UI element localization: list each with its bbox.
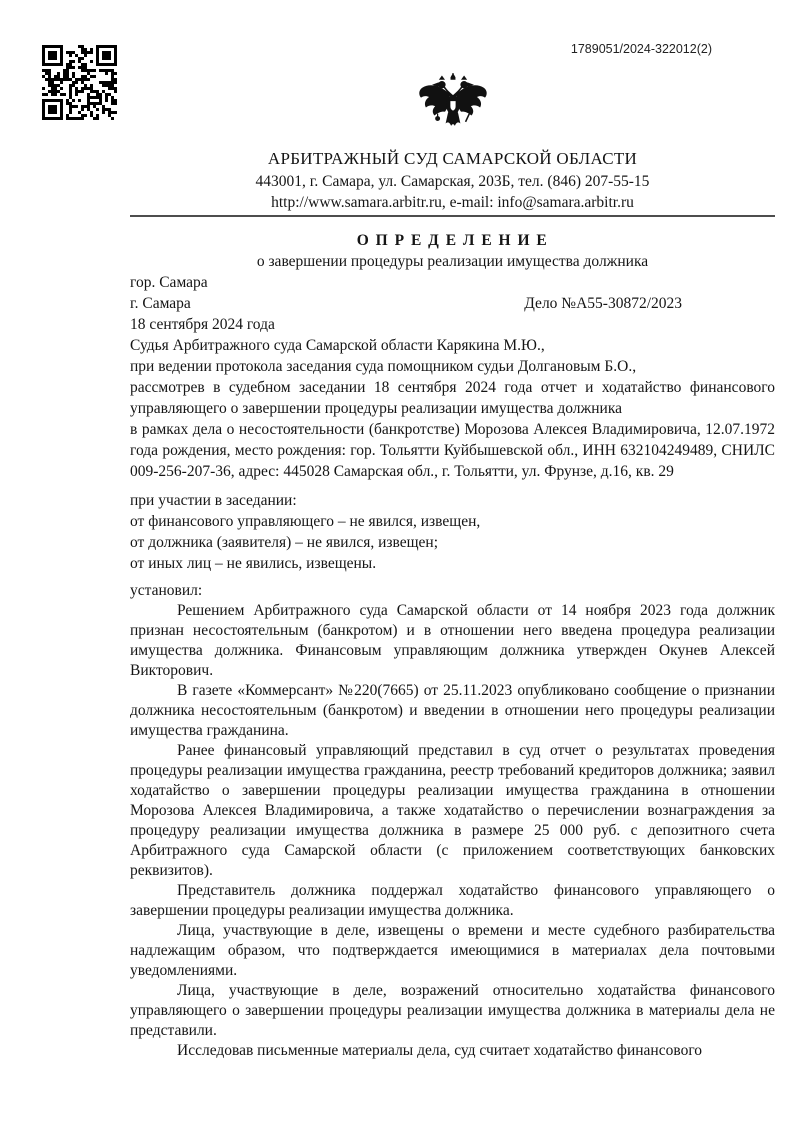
- body-paragraph: Представитель должника поддержал ходатай…: [130, 881, 775, 921]
- attendance-line: от финансового управляющего – не явился,…: [130, 511, 775, 532]
- clerk-line: при ведении протокола заседания суда пом…: [130, 356, 775, 377]
- case-number: Дело №А55-30872/2023: [524, 293, 682, 314]
- ustanovil-label: установил:: [130, 580, 775, 601]
- document-date: 18 сентября 2024 года: [130, 314, 775, 335]
- attendance-line: от должника (заявителя) – не явился, изв…: [130, 532, 775, 553]
- body-paragraph: Ранее финансовый управляющий представил …: [130, 741, 775, 881]
- body-paragraph: Лица, участвующие в деле, извещены о вре…: [130, 921, 775, 981]
- case-row: г. Самара Дело №А55-30872/2023: [130, 293, 775, 314]
- place-line-1: гор. Самара: [130, 272, 775, 293]
- court-address: 443001, г. Самара, ул. Самарская, 203Б, …: [130, 171, 775, 192]
- document-content: АРБИТРАЖНЫЙ СУД САМАРСКОЙ ОБЛАСТИ 443001…: [130, 0, 775, 1061]
- debtor-paragraph: в рамках дела о несостоятельности (банкр…: [130, 419, 775, 482]
- place-line-2: г. Самара: [130, 293, 191, 314]
- court-name: АРБИТРАЖНЫЙ СУД САМАРСКОЙ ОБЛАСТИ: [130, 148, 775, 169]
- body-paragraph: Исследовав письменные материалы дела, су…: [130, 1041, 775, 1061]
- court-contacts: http://www.samara.arbitr.ru, e-mail: inf…: [130, 192, 775, 213]
- judge-line: Судья Арбитражного суда Самарской област…: [130, 335, 775, 356]
- hearing-paragraph: рассмотрев в судебном заседании 18 сентя…: [130, 377, 775, 419]
- doc-subtitle: о завершении процедуры реализации имущес…: [130, 251, 775, 272]
- header-divider: [130, 215, 775, 217]
- attendance-block: при участии в заседании: от финансового …: [130, 490, 775, 574]
- body-paragraph: Лица, участвующие в деле, возражений отн…: [130, 981, 775, 1041]
- court-document-page: 1789051/2024-322012(2): [0, 0, 800, 1131]
- body-paragraph: В газете «Коммерсант» №220(7665) от 25.1…: [130, 681, 775, 741]
- attendance-heading: при участии в заседании:: [130, 490, 775, 511]
- coat-of-arms-icon: [130, 73, 775, 140]
- qr-code: [42, 45, 118, 121]
- attendance-line: от иных лиц – не явились, извещены.: [130, 553, 775, 574]
- body-text: Решением Арбитражного суда Самарской обл…: [130, 601, 775, 1061]
- doc-title: О П Р Е Д Е Л Е Н И Е: [130, 230, 775, 251]
- body-paragraph: Решением Арбитражного суда Самарской обл…: [130, 601, 775, 681]
